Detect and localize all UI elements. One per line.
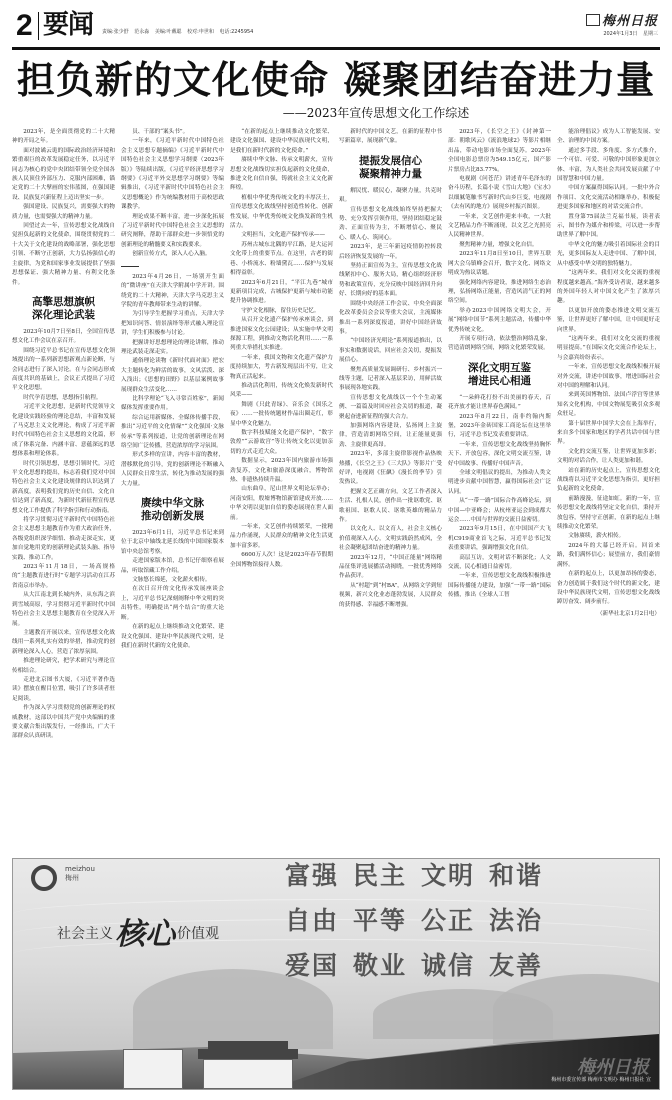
paragraph: 一年来，《习近平新时代中国特色社会主义思想专题摘编》《习近平新时代中国特色社会主… [121,137,224,212]
paragraph: 舞剧《只此青绿》、音乐会《国乐之夜》……一批传统题材作品出圈走红，彰显中华文化魅… [230,401,333,429]
core-value: 和谐 [489,861,543,891]
section-heading: 高擎思想旗帜 深化理论武装 [12,296,115,322]
core-values-row: 富强民主文明和谐 [285,861,543,891]
brand-name-cn: 梅州 [65,874,95,883]
paragraph: 强国建设、民族复兴，需要强大的物质力量，也需要强大的精神力量。 [12,203,115,222]
paragraph: “这两年来，我们对文化交流的重视明显提高。”在国际文化交流合作论坛上，与会嘉宾纷… [557,335,660,363]
paragraph: 主题教育开展以来，宣传思想文化战线用一系列扎实有效的举措，推动党的创新理论深入人… [12,629,115,657]
article-column: “在新的起点上继续推动文化繁荣、建设文化强国、建设中华民族现代文明，是我们在新时… [230,128,333,850]
paragraph: 从大江南北到长城内外，从东海之滨到雪域高原，学习贯彻习近平新时代中国特色社会主义… [12,591,115,629]
paragraph: 在新的起点上，以更加昂扬的姿态，奋力创造属于我们这个时代的新文化，建设中华民族现… [557,570,660,608]
core-values-row: 自由平等公正法治 [285,906,543,936]
paragraph: 植根中华优秀传统文化的丰厚沃土，宣传思想文化战线坚持创造性转化、创新性发展，中华… [230,194,333,232]
newspaper-name: 梅州日报 [602,14,658,29]
section-name: 要闻 [43,9,93,41]
paragraph: 电视剧《问苍茫》讲述青年毛泽东的奋斗历程，长篇小说《雪山大地》《宝水》以细腻笔触… [448,175,551,213]
paragraph: 2024年的大幕已经开启。回首来路，我们满怀信心；展望前方，我们豪情满怀。 [557,542,660,570]
paragraph: 中华文化的魅力吸引着国际社会的目光，更多国际友人走进中国、了解中国，从中感受中华… [557,241,660,269]
section-heading: 赓续中华文脉 推动创新发展 [121,497,224,523]
paragraph: 把握讲好思想理论的理论讲解，推动理论武装走深走实。 [121,339,224,358]
footer-credit: 梅州市委宣传部 梅州市文明办 梅州日报社 宣 [551,1076,651,1083]
paragraph: 在次日召开的文化传承发展座谈会上，习近平总书记深刻阐释中华文明的突出特性，明确提… [121,585,224,623]
page-number: 2 [16,10,33,42]
issue-date: 2024年1月3日 星期三 [603,30,658,37]
paragraph: 山东曲阜，尼山世界文明论坛举办；河南安阳，殷墟博物馆新馆建成开放……中华文明以更… [230,485,333,523]
paragraph: 来到英国博物馆、法国卢浮宫等世界知名文化机构，中国文物展览吸引众多观众驻足。 [557,391,660,419]
paragraph: 综合运用新媒体、全媒体传播手段，推出“习近平的文化情缘”“文化强国·文脉传承”等… [121,414,224,452]
paragraph: 数字科技赋能文化遗产保护，“数字敦煌”“云游故宫”等让传统文化以更加亲切的方式走… [230,429,333,457]
page-divider [38,12,39,40]
paragraph: 从“一带一路”国际合作高峰论坛，到中国—中亚峰会；从杭州亚运会到成都大运会……中… [448,497,551,525]
paragraph: 2023年6月1日，习近平总书记来到位于北京中轴线北延长线的中国国家版本馆中央总… [121,529,224,557]
article-column: 2023年，《长空之王》《封神第一部：朝歌风云》《流浪地球2》等影片相继出品，带… [448,128,551,850]
paragraph: “在新的起点上继续推动文化繁荣、建设文化强国、建设中华民族现代文明，是我们在新时… [230,128,333,156]
paragraph: 前路漫漫，征途如虹。新的一年，宣传思想文化战线将坚定文化自信，秉持开放包容，坚持… [557,495,660,533]
paragraph: 第十届世界中国学大会在上海举行，来自多个国家和地区的学者共话中国与世界。 [557,420,660,448]
paragraph: 2023年12月，“中国正能量”网络精品征集评选展播活动揭晓，一批优秀网络作品获… [339,554,442,582]
paragraph: 走进北京图书大厦，《习近平著作选读》摆放在醒目位置，吸引了许多读者驻足阅读。 [12,676,115,704]
paragraph: 面对波谲云诡的国际政治经济环境和繁重艰巨的改革发展稳定任务，以习近平同志为核心的… [12,147,115,203]
paragraph: 时代引领思想，思想引领时代。习近平文化思想的提出，标志着我们党对中国特色社会主义… [12,460,115,516]
paragraph: 2023年9月15日，在中国国产大飞机C919商业首飞之际，习近平总书记发表重要… [448,525,551,553]
paragraph: 2023年10月7日至8日，全国宣传思想文化工作会议在京召开。 [12,328,115,347]
core-values-banner: meizhou 梅州 社会主义核心价值观 富强民主文明和谐自由平等公正法治爱国敬… [12,858,660,1090]
paragraph: “中国经济光明论”系列报道推出，以事实和数据说话，回应社会关切，提振发展信心。 [339,337,442,365]
core-value: 敬业 [353,951,407,981]
paragraph: 走进国家版本馆，总书记仔细察看展品，听取馆藏工作介绍。 [121,557,224,576]
section-dash [121,266,139,267]
brand-name-en: meizhou [65,865,95,874]
paragraph: 2023年，是三年新冠疫情防控转段后经济恢复发展的一年。 [339,243,442,262]
paragraph: 置身第75届法兰克福书展，读者表示，图书作为媒介和桥梁，可以进一步帮助世界了解中… [557,213,660,241]
brand-name: meizhou 梅州 [65,865,95,883]
paragraph: 理论成果不断丰富，进一步深化拓展了习近平新时代中国特色社会主义思想的研究阐释，帮… [121,213,224,251]
paragraph: 在新的起点上继续推动文化繁荣、建设文化强国、建设中华民族现代文明，是我们在新时代… [121,623,224,651]
paragraph: 通俗理论读物《新时代面对面》把宏大主题转化为鲜活的故事，文风活泼、深入浅出；《思… [121,357,224,395]
paragraph: 围绕习近平总书记在宣传思想文化领域提出的一系列新思想新观点新论断，与会同志进行了… [12,347,115,394]
paragraph: 比科学理论“飞入寻常百姓家”，新闻媒体发挥重要作用。 [121,395,224,414]
paragraph: 苏州古城东北隅的平江路，是大运河文化带上的重要节点。在这里，古老的街巷、小桥流水… [230,241,333,279]
building-illustration [123,1049,183,1089]
paragraph: 赓续中华文脉、传承文明薪火，宣传思想文化战线切实担负起新的文化使命，推进文化自信… [230,156,333,194]
paragraph: 数据显示，2023年国内旅游市场强劲复苏，文化和旅游深度融合，博物馆热、非遗热持… [230,457,333,485]
newspaper-logo: 梅州日报 [586,10,658,29]
paragraph: 6600万人次！这是2023年春节假期全国博物馆接待人数。 [230,551,333,570]
paragraph: 加强网络内容建设，弘扬网上主旋律，营造清朗网络空间，让正能量更强劲、主旋律更高昂… [339,422,442,450]
section-heading: 深化文明互鉴 增进民心相通 [448,362,551,388]
core-value: 文明 [421,861,475,891]
paragraph: 开展专项行动，依法整治网络乱象，营造清朗网络空间，网络文化繁荣发展。 [448,335,551,354]
slogan: 社会主义核心价值观 [57,909,219,953]
article-column: 2023年，是全面贯彻党的二十大精神的开局之年。面对波谲云诡的国际政治经济环境和… [12,128,115,850]
paragraph: 员、干部的“案头书”。 [121,128,224,137]
subheadline: ——2023年宣传思想文化工作综述 [0,106,672,120]
article-column: 能治理倡议》成为人工智能发展、安全、治理的中国方案。通过多手段、多角度、多方式推… [557,128,660,850]
paragraph: 2023年，多部主旋律影视作品热映热播，《长空之王》《三大队》等影片广受好评，电… [339,450,442,488]
paragraph: 中国方案赢得国际认同。一批中外合作项目、文化交流活动相继举办，积极促进更多国家和… [557,184,660,212]
paragraph: 从“村超”到“村BA”，从网络文学到短视频，新兴文化业态蓬勃发展，人民群众的获得… [339,582,442,610]
paragraph: 将学习贯彻习近平新时代中国特色社会主义思想主题教育作为重大政治任务，各级党组织深… [12,516,115,563]
paragraph: 一年来，文艺创作迎来丰收，一大批文艺精品力作不断涌现，以文艺之光照亮人民精神世界… [448,213,551,241]
paragraph: 高层互访，文明对话不断深化；人文交流，民心相通日益密切。 [448,554,551,573]
plum-blossom-logo-icon [31,865,57,891]
paragraph: 坚持正面宣传为主，宣传思想文化战线紧扣中心、服务大局，精心组织经济形势和政策宣传… [339,262,442,300]
paragraph: 站在新的历史起点上，宣传思想文化战线将以习近平文化思想为指引，更好担负起新的文化… [557,467,660,495]
core-value: 公正 [421,906,475,936]
paragraph: 为引导学生把握学习重点，天津大学把知识问答、情景演绎等形式融入理论宣讲，学生们积… [121,310,224,338]
header-rule [12,47,660,50]
paragraph: 2023年11月8日至10日，世界互联网大会乌镇峰会召开，数字文化、网络文明成为… [448,250,551,278]
paragraph: 形式多样的宣讲，内容丰富的教材，潜移默化的引导，党的创新理论不断融入人民群众日常… [121,451,224,489]
paragraph: 通过多手段、多角度、多方式推介，一个可信、可爱、可敬的中国形象更加立体、丰富，为… [557,147,660,185]
editor-credits: 责编:张少舒 范永淼 美编:叶戴聪 校对:申世和 电话:2245954 [102,28,253,35]
paragraph: 2023年11月18日，一场高规格的“主题教育进行时”专题学习活动在江苏省南京市… [12,563,115,591]
paragraph: 一年来，宣传思想文化战线积极推进国际传播能力建设，加强“一带一路”国际传播，推出… [448,572,551,600]
paragraph: 2023年，《长空之王》《封神第一部：朝歌风云》《流浪地球2》等影片相继出品，带… [448,128,551,175]
core-value: 自由 [285,906,339,936]
paragraph: 以文化人、以文育人，社会主义核心价值观深入人心，文明实践蔚然成风，全社会凝聚起团… [339,525,442,553]
headline: 担负新的文化使命 凝聚团结奋进力量 [0,58,672,102]
paragraph: “这两年来，我们对文化交流的重视程度越来越高。”海外受访者说，越来越多的外国年轻… [557,269,660,307]
paragraph: 围绕中央经济工作会议、中央全面深化改革委员会会议等重大会议，主流媒体推出一系列深… [339,300,442,338]
paragraph: 文明担当，文化遗产保护传承—— [230,231,333,240]
paragraph: “一朵鲜花打扮不出美丽的春天，百花齐放才能让世界春色满园。” [448,394,551,413]
article-column: 员、干部的“案头书”。一年来，《习近平新时代中国特色社会主义思想专题摘编》《习近… [121,128,224,850]
paragraph: 2023年4月26日，一场别开生面的“微讲座”在天津大学附属中学开讲。围绕党的二… [121,273,224,311]
paragraph: 解民忧、暖民心，凝聚力量，共克时艰。 [339,187,442,206]
core-values-grid: 富强民主文明和谐自由平等公正法治爱国敬业诚信友善 [285,861,543,996]
paragraph: 把握文艺正确方向，文艺工作者深入生活、扎根人民，创作出一批讴歌党、讴歌祖国、讴歌… [339,488,442,526]
core-value: 法治 [489,906,543,936]
core-value: 友善 [489,951,543,981]
section-heading: 提振发展信心 凝聚精神力量 [339,155,442,181]
paragraph: 新时代的中国文艺，在新的征程中书写新篇章，展现新气象。 [339,128,442,147]
paragraph: 一年来，文艺创作持续繁荣，一批精品力作涌现，人民群众的精神文化生活更加丰富多彩。 [230,523,333,551]
paragraph: 创新宣传方式，深入人心入脑。 [121,250,224,259]
core-value: 诚信 [421,951,475,981]
paragraph: 回望过去一年，宣传思想文化战线自觉担负起新的文化使命，围绕贯彻党的二十大关于文化… [12,222,115,288]
paragraph: 举办2023中国网络文明大会，开展“网络中国节”系列主题活动，传播中华优秀传统文… [448,307,551,335]
building-roof [198,1049,298,1059]
paragraph: 文化的交流互鉴，让世界更加多彩；文明的对话合作，让人类更加和谐。 [557,448,660,467]
paragraph: 2023年，是全面贯彻党的二十大精神的开局之年。 [12,128,115,147]
core-value: 平等 [353,906,407,936]
slogan-prefix: 社会主义 [57,926,113,942]
paragraph: 守护文化根脉，留住历史记忆。 [230,307,333,316]
paragraph: 宣传思想文化战线以一个个生动案例、一篇篇及时回应社会关切的报道，凝聚起奋进新征程… [339,394,442,422]
core-value: 爱国 [285,951,339,981]
core-values-row: 爱国敬业诚信友善 [285,951,543,981]
paragraph: 以更加开放的姿态推进文明交流互鉴，让世界更好了解中国，让中国更好走向世界。 [557,307,660,335]
slogan-suffix: 价值观 [177,926,219,942]
paragraph: 推进理论研究，把学术研究与理论宣传相结合。 [12,657,115,676]
paragraph: 时代孕育思想，思想指引航程。 [12,394,115,403]
paragraph: 2023年6月21日，“平江九巷”城市更新项目完成，古城保护更新与城市功能提升协… [230,279,333,307]
logo-mark-icon [586,14,600,26]
paragraph: 宣传思想文化战线始终坚持把握大势、充分发挥引领作用，坚持团结稳定鼓劲、正面宣传为… [339,206,442,244]
paragraph: 文脉赓续，薪火相传。 [557,532,660,541]
paragraph: 一年来，我国文物和文化遗产保护力度持续加大，考古新发现层出不穷，让文物真正活起来… [230,354,333,382]
dateline: （新华社北京1月2日电） [557,610,660,619]
paragraph: 聚焦高质量发展调研行、乡村振兴一线等主题，记者深入基层采访，用鲜活故事展现各地实… [339,366,442,394]
paragraph: 推动活化利用，传统文化焕发新时代风采—— [230,382,333,401]
paragraph: 强化网络内容建设，推进网络生态治理，弘扬网络正能量，营造风清气正的网络空间。 [448,279,551,307]
masthead: 2 要闻 责编:张少舒 范永淼 美编:叶戴聪 校对:申世和 电话:2245954… [10,6,662,46]
paragraph: 2023年8月22日，南非约翰内斯堡，2023年金砖国家工商论坛在这里举行，习近… [448,413,551,441]
paragraph: 习近平文化思想，是新时代党领导文化建设实践经验的理论总结，丰富和发展了马克思主义… [12,403,115,459]
paragraph: 从召开文化遗产保护传承座谈会，到推进国家文化公园建设；从实施中华文明探源工程，到… [230,316,333,354]
paragraph: 作为深入学习贯彻党的创新理论的权威教材，这部以中国共产党中央编辑的重要文献合集出… [12,704,115,742]
building-roof [208,1041,288,1049]
article-body: 2023年，是全面贯彻党的二十大精神的开局之年。面对波谲云诡的国际政治经济环境和… [12,128,660,850]
paragraph: 聚焦精神力量，增强文化自信。 [448,241,551,250]
paragraph: 一年来，宣传思想文化战线坚持胸怀天下、开放包容，深化文明交流互鉴，讲好中国故事、… [448,441,551,469]
slogan-big: 核心 [115,917,175,952]
paragraph: 全球文明倡议的提出，为推动人类文明进步贡献中国智慧，赢得国际社会广泛认同。 [448,469,551,497]
paragraph: 能治理倡议》成为人工智能发展、安全、治理的中国方案。 [557,128,660,147]
core-value: 民主 [353,861,407,891]
paragraph: 文脉悠长绵延，文化薪火相传。 [121,576,224,585]
building-illustration [203,1059,293,1089]
article-column: 新时代的中国文艺，在新的征程中书写新篇章，展现新气象。提振发展信心 凝聚精神力量… [339,128,442,850]
paragraph: 一年来，宣传思想文化战线积极开展对外交流，讲述中国故事，增进国际社会对中国的理解… [557,363,660,391]
core-value: 富强 [285,861,339,891]
